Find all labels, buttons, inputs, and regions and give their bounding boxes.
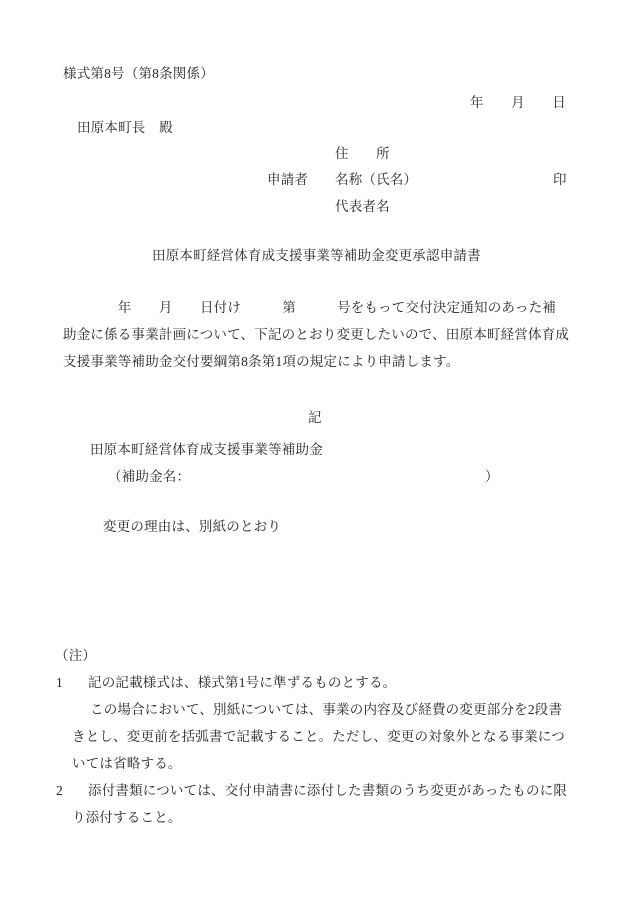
note1-line-1: 記の記載様式は、様式第1号に準ずるものとする。 [88,675,396,691]
reason-line: 変更の理由は、別紙のとおり [103,519,281,535]
subsidy-name-open: （補助金名： [108,469,190,485]
document-title: 田原本町経営体育成支援事業等補助金変更承認申請書 [152,248,481,264]
addressee: 田原本町長 殿 [77,120,173,136]
subsidy-line: 田原本町経営体育成支援事業等補助金 [90,442,323,458]
note2-number: 2 [56,783,63,799]
address-label: 住 所 [335,146,390,162]
form-number: 様式第8号（第8条関係） [63,66,214,82]
representative-label: 代表者名 [335,199,390,215]
subsidy-name-close: ） [485,469,499,485]
note1-number: 1 [56,675,63,691]
name-label: 名称（氏名） [335,172,417,188]
note1-line-2: この場合において、別紙については、事業の内容及び経費の変更部分を2段書 [90,702,562,718]
date-line: 年 月 日 [470,95,566,111]
applicant-label: 申請者 [267,172,308,188]
note2-line-1: 添付書類については、交付申請書に添付した書類のうち変更があったものに限 [88,783,567,799]
body-line-1: 年 月 日付け 第 号をもって交付決定通知のあった補 [63,300,556,316]
seal-label: 印 [553,172,567,188]
document-page: 様式第8号（第8条関係） 年 月 日 田原本町長 殿 住 所 申請者 名称（氏名… [0,0,630,903]
body-line-3: 支援事業等補助金交付要綱第8条第1項の規定により申請します。 [63,354,459,370]
notes-header: （注） [55,648,96,664]
note1-line-3: きとし、変更前を括弧書で記載すること。ただし、変更の対象外となる事業につ [72,729,565,745]
body-line-2: 助金に係る事業計画について、下記のとおり変更したいので、田原本町経営体育成 [63,327,569,343]
ki-label: 記 [308,410,322,426]
note1-line-4: いては省略する。 [72,756,182,772]
note2-line-2: り添付すること。 [72,810,182,826]
